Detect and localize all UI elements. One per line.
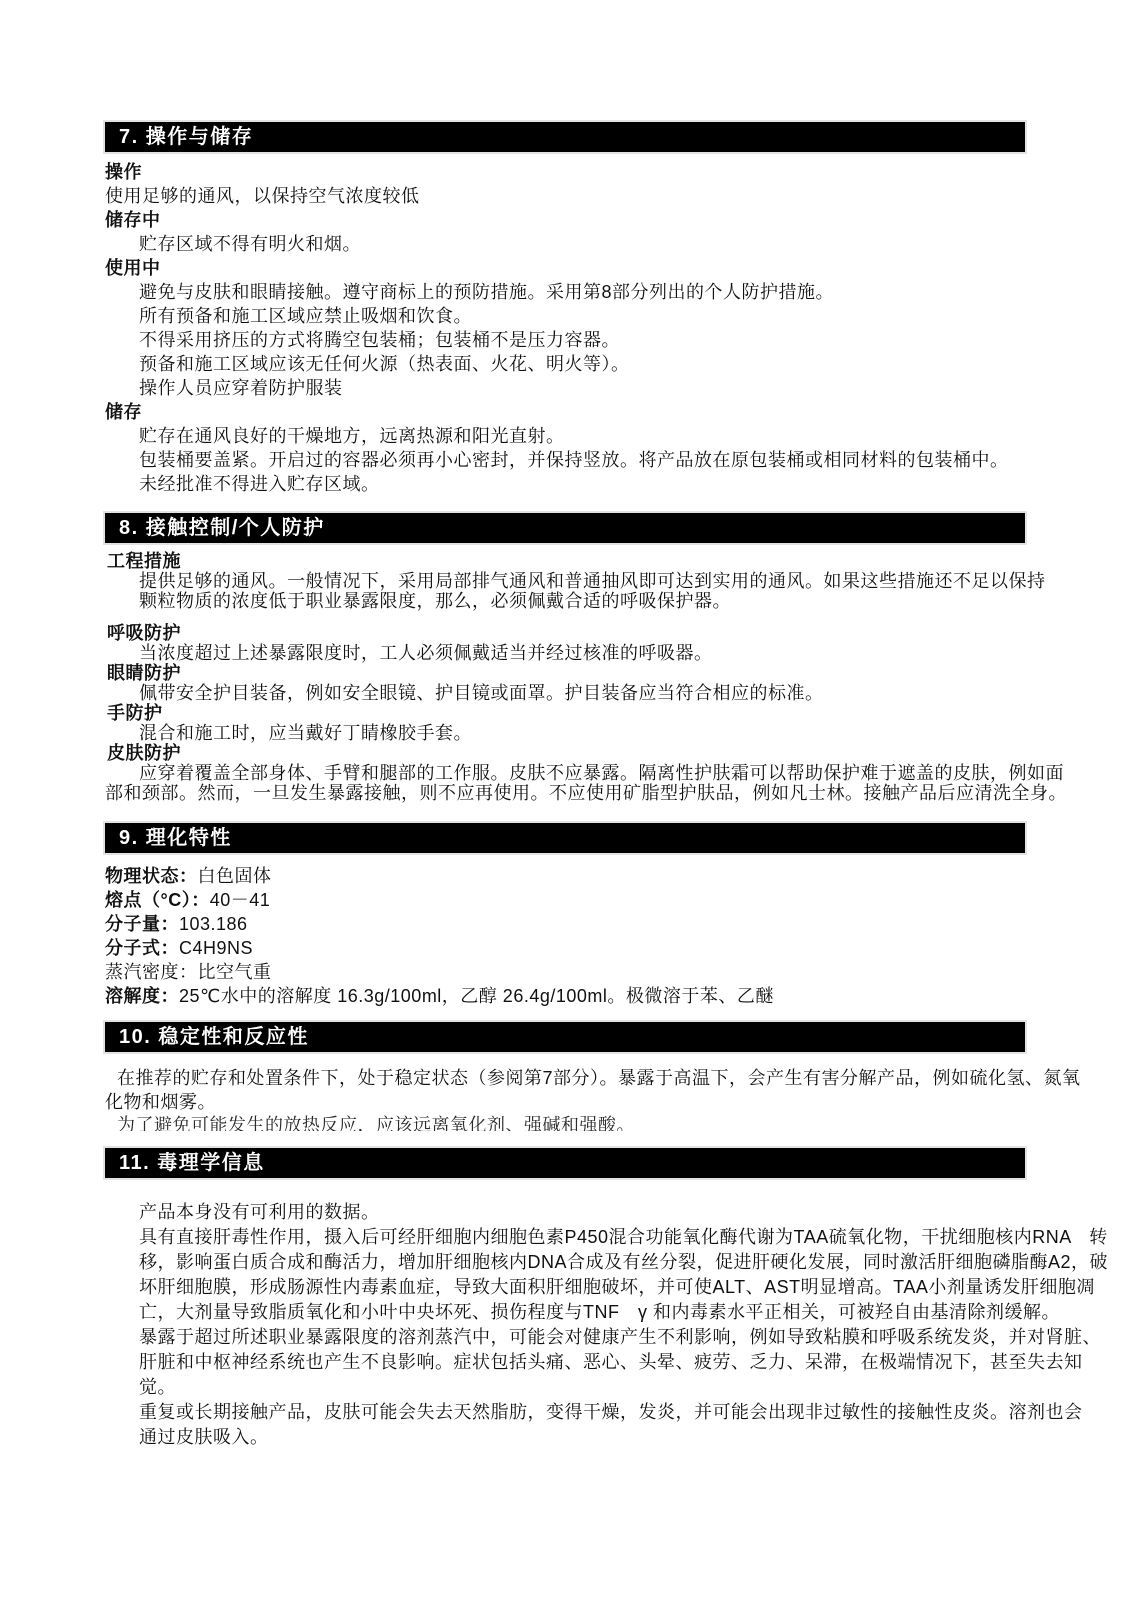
text-line: 暴露于超过所述职业暴露限度的溶剂蒸汽中，可能会对健康产生不利影响，例如导致粘膜和… bbox=[105, 1325, 1040, 1350]
text-line: 产品本身没有可利用的数据。 bbox=[105, 1200, 1040, 1225]
property-row: 物理状态：白色固体 bbox=[105, 864, 1040, 888]
section-body-exposure-control: 工程措施提供足够的通风。一般情况下，采用局部排气通风和普通抽风即可达到实用的通风… bbox=[105, 551, 1040, 803]
property-label: 溶解度： bbox=[105, 986, 179, 1006]
text-line: 当浓度超过上述暴露限度时，工人必须佩戴适当并经过核准的呼吸器。 bbox=[105, 643, 1040, 663]
text-line: 佩带安全护目装备，例如安全眼镜、护目镜或面罩。护目装备应当符合相应的标准。 bbox=[105, 683, 1040, 703]
section-title: 10. 稳定性和反应性 bbox=[119, 1026, 309, 1048]
section-body-physical-chemical: 物理状态：白色固体熔点（°C）：40－41分子量：103.186分子式：C4H9… bbox=[105, 864, 1040, 1008]
text-line: 操作人员应穿着防护服装 bbox=[105, 376, 1040, 400]
text-line: 提供足够的通风。一般情况下，采用局部排气通风和普通抽风即可达到实用的通风。如果这… bbox=[105, 571, 1040, 591]
text-line: 颗粒物质的浓度低于职业暴露限度，那么，必须佩戴合适的呼吸保护器。 bbox=[105, 591, 1040, 611]
property-label: 熔点（°C）： bbox=[105, 890, 210, 910]
property-row: 分子式：C4H9NS bbox=[105, 936, 1040, 960]
section-title: 11. 毒理学信息 bbox=[119, 1152, 265, 1174]
property-value: 白色固体 bbox=[198, 866, 272, 886]
section-body-toxicology: 产品本身没有可利用的数据。具有直接肝毒性作用，摄入后可经肝细胞内细胞色素P450… bbox=[105, 1200, 1040, 1450]
property-value: 25℃水中的溶解度 16.3g/100ml，乙醇 26.4g/100ml。极微溶… bbox=[179, 986, 774, 1006]
sub-heading: 手防护 bbox=[105, 703, 1040, 723]
text-line: 重复或长期接触产品，皮肤可能会失去天然脂肪，变得干燥，发炎，并可能会出现非过敏性… bbox=[105, 1400, 1040, 1425]
text-line: 所有预备和施工区域应禁止吸烟和饮食。 bbox=[105, 304, 1040, 328]
sub-heading: 使用中 bbox=[105, 256, 1040, 280]
text-line: 为了避免可能发生的放热反应，应该远离氧化剂、强碱和强酸。 bbox=[105, 1114, 1040, 1131]
sub-heading: 皮肤防护 bbox=[105, 743, 1040, 763]
text-line: 未经批准不得进入贮存区域。 bbox=[105, 472, 1040, 496]
text-line: 具有直接肝毒性作用，摄入后可经肝细胞内细胞色素P450混合功能氧化酶代谢为TAA… bbox=[105, 1225, 1040, 1250]
text-line: 觉。 bbox=[105, 1375, 1040, 1400]
section-header-physical-chemical: 9. 理化特性 bbox=[105, 823, 1025, 853]
property-row: 熔点（°C）：40－41 bbox=[105, 888, 1040, 912]
text-line: 贮存区域不得有明火和烟。 bbox=[105, 232, 1040, 256]
text-line: 部和颈部。然而，一旦发生暴露接触，则不应再使用。不应使用矿脂型护肤品，例如凡士林… bbox=[105, 783, 1040, 803]
section-body-stability-reactivity: 在推荐的贮存和处置条件下，处于稳定状态（参阅第7部分）。暴露于高温下，会产生有害… bbox=[105, 1066, 1040, 1131]
section-header-toxicology: 11. 毒理学信息 bbox=[105, 1148, 1025, 1178]
property-label: 分子量： bbox=[105, 914, 179, 934]
text-line: 在推荐的贮存和处置条件下，处于稳定状态（参阅第7部分）。暴露于高温下，会产生有害… bbox=[105, 1066, 1040, 1090]
text-line: 化物和烟雾。 bbox=[105, 1090, 1040, 1114]
text-line: 贮存在通风良好的干燥地方，远离热源和阳光直射。 bbox=[105, 424, 1040, 448]
text-line: 不得采用挤压的方式将腾空包装桶；包装桶不是压力容器。 bbox=[105, 328, 1040, 352]
text-line: 亡，大剂量导致脂质氧化和小叶中央坏死、损伤程度与TNF γ 和内毒素水平正相关，… bbox=[105, 1300, 1040, 1325]
sub-heading: 工程措施 bbox=[105, 551, 1040, 571]
text-line: 混合和施工时，应当戴好丁睛橡胶手套。 bbox=[105, 723, 1040, 743]
text-line: 包装桶要盖紧。开启过的容器必须再小心密封，并保持竖放。将产品放在原包装桶或相同材… bbox=[105, 448, 1040, 472]
text-line: 通过皮肤吸入。 bbox=[105, 1425, 1040, 1450]
property-label: 分子式： bbox=[105, 938, 179, 958]
blank-line bbox=[105, 611, 1040, 623]
text-line: 避免与皮肤和眼睛接触。遵守商标上的预防措施。采用第8部分列出的个人防护措施。 bbox=[105, 280, 1040, 304]
text-line: 预备和施工区域应该无任何火源（热表面、火花、明火等）。 bbox=[105, 352, 1040, 376]
section-header-handling-storage: 7. 操作与储存 bbox=[105, 122, 1025, 152]
property-label: 物理状态： bbox=[105, 866, 198, 886]
text-line: 移，影响蛋白质合成和酶活力，增加肝细胞核内DNA合成及有丝分裂，促进肝硬化发展，… bbox=[105, 1250, 1040, 1275]
section-title: 8. 接触控制/个人防护 bbox=[119, 517, 325, 539]
sub-heading: 操作 bbox=[105, 160, 1040, 184]
property-value: 比空气重 bbox=[198, 962, 272, 982]
property-value: 40－41 bbox=[210, 890, 271, 910]
property-row: 溶解度：25℃水中的溶解度 16.3g/100ml，乙醇 26.4g/100ml… bbox=[105, 984, 1040, 1008]
property-value: C4H9NS bbox=[179, 938, 253, 958]
sub-heading: 眼睛防护 bbox=[105, 663, 1040, 683]
text-line: 肝脏和中枢神经系统也产生不良影响。症状包括头痛、恶心、头晕、疲劳、乏力、呆滞，在… bbox=[105, 1350, 1040, 1375]
property-row: 蒸汽密度：比空气重 bbox=[105, 960, 1040, 984]
section-body-handling-storage: 操作使用足够的通风，以保持空气浓度较低储存中贮存区域不得有明火和烟。使用中避免与… bbox=[105, 160, 1040, 496]
section-header-stability-reactivity: 10. 稳定性和反应性 bbox=[105, 1022, 1025, 1052]
property-row: 分子量：103.186 bbox=[105, 912, 1040, 936]
property-value: 103.186 bbox=[179, 914, 248, 934]
section-header-exposure-control: 8. 接触控制/个人防护 bbox=[105, 513, 1025, 543]
property-label: 蒸汽密度： bbox=[105, 962, 198, 982]
text-line: 使用足够的通风，以保持空气浓度较低 bbox=[105, 184, 1040, 208]
sub-heading: 储存 bbox=[105, 400, 1040, 424]
sub-heading: 呼吸防护 bbox=[105, 623, 1040, 643]
text-line: 应穿着覆盖全部身体、手臂和腿部的工作服。皮肤不应暴露。隔离性护肤霜可以帮助保护难… bbox=[105, 763, 1040, 783]
sub-heading: 储存中 bbox=[105, 208, 1040, 232]
section-title: 7. 操作与储存 bbox=[119, 126, 253, 148]
section-title: 9. 理化特性 bbox=[119, 827, 232, 849]
sds-document-page: 7. 操作与储存 操作使用足够的通风，以保持空气浓度较低储存中贮存区域不得有明火… bbox=[0, 0, 1130, 1600]
text-line: 坏肝细胞膜，形成肠源性内毒素血症，导致大面积肝细胞破坏，并可使ALT、AST明显… bbox=[105, 1275, 1040, 1300]
